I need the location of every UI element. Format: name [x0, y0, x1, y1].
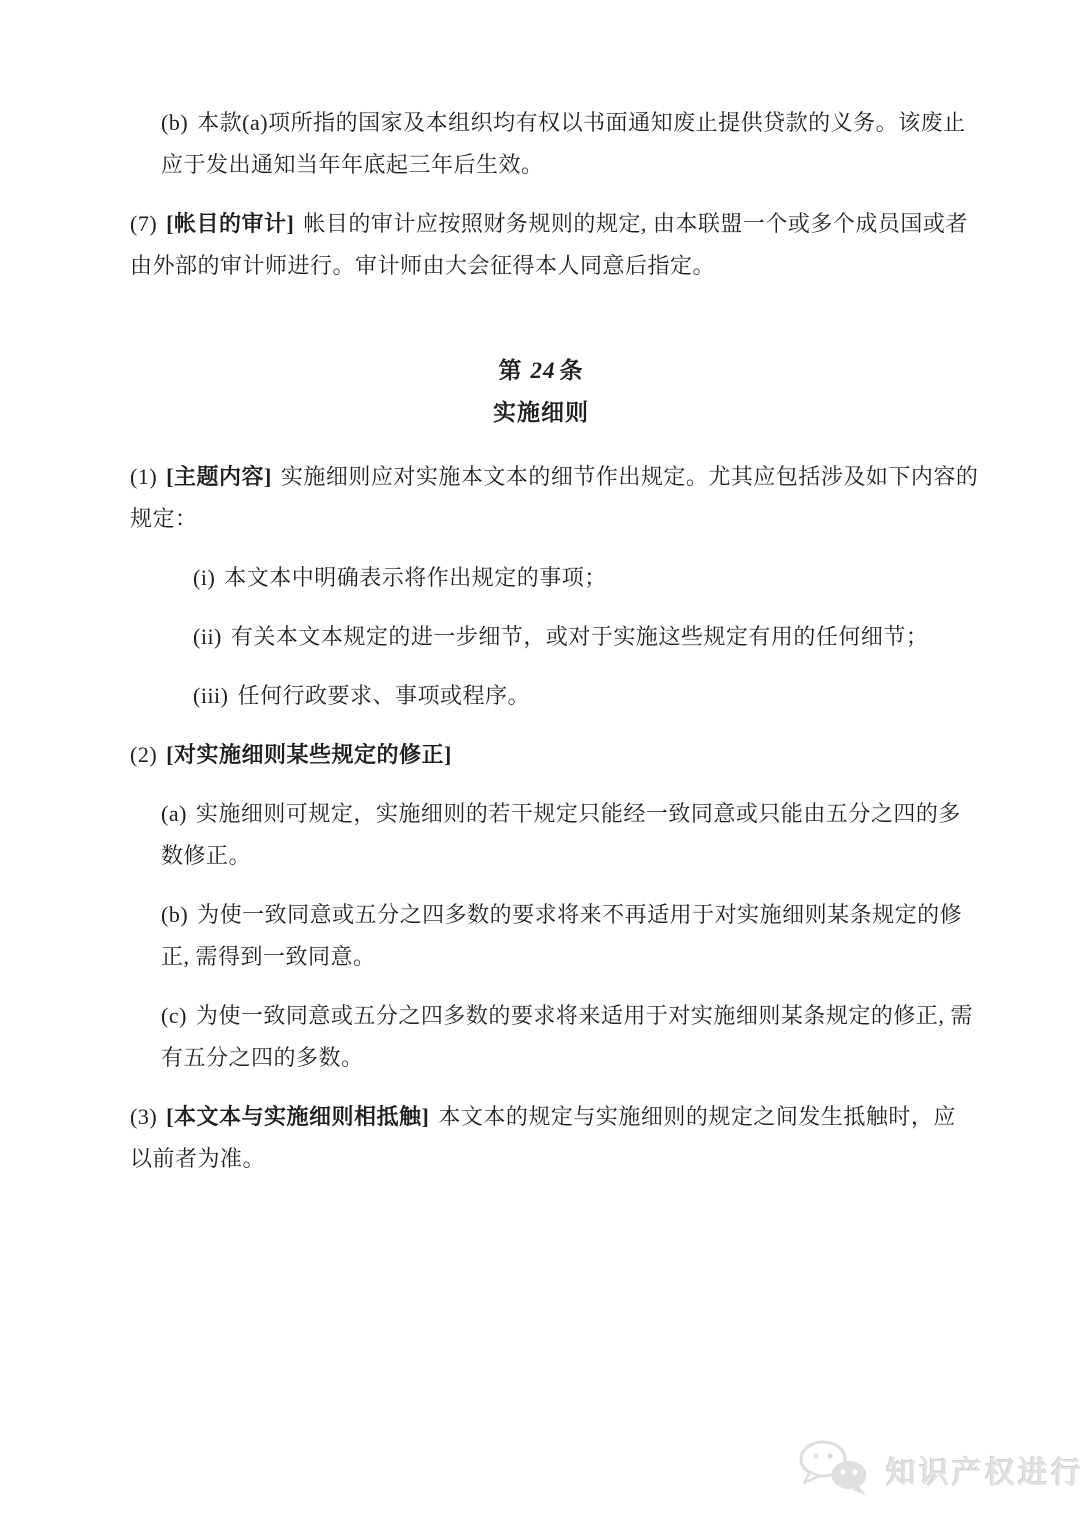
bracketed-title: [本文本与实施细则相抵触]: [166, 1104, 429, 1129]
item-marker: (b): [161, 902, 188, 927]
paragraph-line: (1)[主题内容]实施细则应对实施本文本的细节作出规定。尤其应包括涉及如下内容的: [130, 456, 952, 498]
item-marker: (a): [161, 801, 187, 826]
paragraph-line: 规定：: [130, 498, 952, 540]
article-title: 实施细则: [130, 392, 952, 434]
article-prefix: 第: [499, 358, 523, 383]
item-marker: (3): [130, 1104, 157, 1129]
item-marker: (i): [193, 565, 215, 590]
paragraph-line: (7)[帐目的审计]帐目的审计应按照财务规则的规定, 由本联盟一个或多个成员国或…: [130, 203, 952, 245]
paragraph-line: 有五分之四的多数。: [161, 1037, 952, 1079]
paragraph-3-conflict: (3)[本文本与实施细则相抵触]本文本的规定与实施细则的规定之间发生抵触时，应 …: [130, 1096, 952, 1180]
paragraph-line: (b)为使一致同意或五分之四多数的要求将来不再适用于对实施细则某条规定的修: [161, 894, 952, 936]
paragraph-line: (c)为使一致同意或五分之四多数的要求将来适用于对实施细则某条规定的修正, 需: [161, 995, 952, 1037]
list-item-ii: (ii)有关本文本规定的进一步细节，或对于实施这些规定有用的任何细节；: [193, 616, 952, 658]
paragraph-line: (2)[对实施细则某些规定的修正]: [130, 734, 952, 776]
wechat-logo-icon: [798, 1438, 876, 1501]
document-page: (b)本款(a)项所指的国家及本组织均有权以书面通知废止提供贷款的义务。该废止 …: [0, 0, 1080, 1527]
article-heading: 第24条 实施细则: [130, 350, 952, 434]
item-marker: (1): [130, 464, 157, 489]
article-number: 24: [531, 358, 556, 383]
paragraph-7-audit: (7)[帐目的审计]帐目的审计应按照财务规则的规定, 由本联盟一个或多个成员国或…: [130, 203, 952, 287]
paragraph-text: 本款(a)项所指的国家及本组织均有权以书面通知废止提供贷款的义务。该废止: [197, 110, 965, 135]
list-item-i: (i)本文本中明确表示将作出规定的事项；: [193, 557, 952, 599]
subparagraph-2c: (c)为使一致同意或五分之四多数的要求将来适用于对实施细则某条规定的修正, 需 …: [161, 995, 952, 1079]
paragraph-text: 本文本的规定与实施细则的规定之间发生抵触时，应: [438, 1104, 956, 1129]
bracketed-title: [帐目的审计]: [166, 211, 294, 236]
paragraph-1-subject: (1)[主题内容]实施细则应对实施本文本的细节作出规定。尤其应包括涉及如下内容的…: [130, 456, 952, 540]
article-number-line: 第24条: [130, 350, 952, 392]
paragraph-loan-b: (b)本款(a)项所指的国家及本组织均有权以书面通知废止提供贷款的义务。该废止 …: [161, 102, 952, 186]
item-marker: (7): [130, 211, 157, 236]
paragraph-text: 本文本中明确表示将作出规定的事项；: [224, 565, 607, 590]
bracketed-title: [主题内容]: [166, 464, 272, 489]
paragraph-text: 实施细则可规定，实施细则的若干规定只能经一致同意或只能由五分之四的多: [196, 801, 961, 826]
paragraph-line: 应于发出通知当年年底起三年后生效。: [161, 144, 952, 186]
subparagraph-2a: (a)实施细则可规定，实施细则的若干规定只能经一致同意或只能由五分之四的多 数修…: [161, 793, 952, 877]
watermark-label: 知识产权进行时: [886, 1448, 1080, 1492]
paragraph-line: (3)[本文本与实施细则相抵触]本文本的规定与实施细则的规定之间发生抵触时，应: [130, 1096, 952, 1138]
paragraph-line: (b)本款(a)项所指的国家及本组织均有权以书面通知废止提供贷款的义务。该废止: [161, 102, 952, 144]
paragraph-text: 为使一致同意或五分之四多数的要求将来适用于对实施细则某条规定的修正, 需: [196, 1003, 973, 1028]
subparagraph-2b: (b)为使一致同意或五分之四多数的要求将来不再适用于对实施细则某条规定的修 正,…: [161, 894, 952, 978]
document-body: (b)本款(a)项所指的国家及本组织均有权以书面通知废止提供贷款的义务。该废止 …: [130, 102, 952, 1197]
paragraph-line: 以前者为准。: [130, 1138, 952, 1180]
item-marker: (iii): [193, 683, 229, 708]
paragraph-text: 实施细则应对实施本文本的细节作出规定。尤其应包括涉及如下内容的: [281, 464, 979, 489]
paragraph-line: 由外部的审计师进行。审计师由大会征得本人同意后指定。: [130, 245, 952, 287]
paragraph-2-amendment: (2)[对实施细则某些规定的修正]: [130, 734, 952, 776]
bracketed-title: [对实施细则某些规定的修正]: [166, 742, 452, 767]
article-suffix: 条: [560, 358, 584, 383]
watermark: 知识产权进行时: [798, 1438, 1080, 1501]
paragraph-line: (iii)任何行政要求、事项或程序。: [193, 675, 952, 717]
paragraph-line: (i)本文本中明确表示将作出规定的事项；: [193, 557, 952, 599]
paragraph-line: 数修正。: [161, 835, 952, 877]
paragraph-line: 正, 需得到一致同意。: [161, 936, 952, 978]
list-item-iii: (iii)任何行政要求、事项或程序。: [193, 675, 952, 717]
item-marker: (b): [161, 110, 188, 135]
paragraph-text: 任何行政要求、事项或程序。: [238, 683, 531, 708]
paragraph-line: (a)实施细则可规定，实施细则的若干规定只能经一致同意或只能由五分之四的多: [161, 793, 952, 835]
paragraph-text: 有关本文本规定的进一步细节，或对于实施这些规定有用的任何细节；: [231, 624, 929, 649]
paragraph-line: (ii)有关本文本规定的进一步细节，或对于实施这些规定有用的任何细节；: [193, 616, 952, 658]
item-marker: (c): [161, 1003, 187, 1028]
paragraph-text: 帐目的审计应按照财务规则的规定, 由本联盟一个或多个成员国或者: [303, 211, 968, 236]
item-marker: (ii): [193, 624, 222, 649]
paragraph-text: 为使一致同意或五分之四多数的要求将来不再适用于对实施细则某条规定的修: [197, 902, 962, 927]
item-marker: (2): [130, 742, 157, 767]
